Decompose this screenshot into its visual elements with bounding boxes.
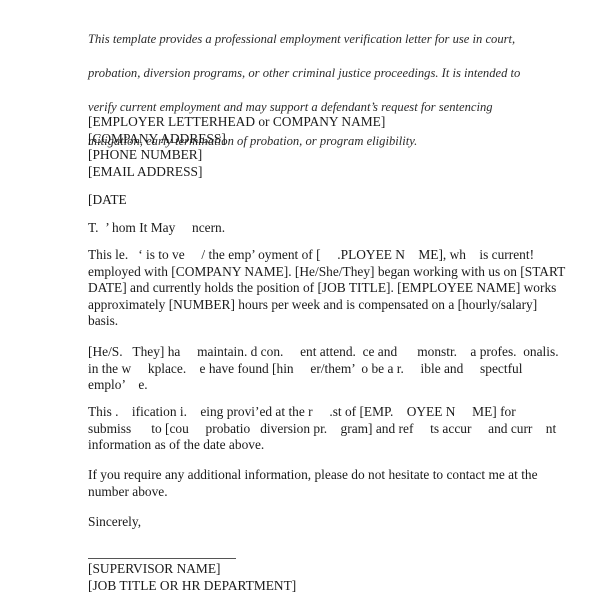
letterhead-block: [EMPLOYER LETTERHEAD or COMPANY NAME] [C… xyxy=(88,114,528,180)
paragraph-line: basis. xyxy=(88,313,528,330)
paragraph-line: DATE] and currently holds the position o… xyxy=(88,280,528,297)
phone-number: [PHONE NUMBER] xyxy=(88,147,528,164)
closing: Sincerely, xyxy=(88,514,528,531)
body-paragraph-contact: If you require any additional informatio… xyxy=(88,467,528,500)
paragraph-line: number above. xyxy=(88,484,528,501)
supervisor-title: [JOB TITLE OR HR DEPARTMENT] xyxy=(88,578,528,595)
intro-line: probation, diversion programs, or other … xyxy=(88,65,528,82)
letter-date: [DATE xyxy=(88,192,528,209)
paragraph-line: emplo’ e. xyxy=(88,377,528,394)
closing-text: Sincerely, xyxy=(88,514,528,531)
body-paragraph-employment-details: This le. ‘ is to ve / the emp’ oyment of… xyxy=(88,247,528,330)
document-page: This template provides a professional em… xyxy=(0,0,600,600)
salutation: T. ’ hom It May ncern. xyxy=(88,220,528,237)
date-text: [DATE xyxy=(88,192,528,209)
intro-line: This template provides a professional em… xyxy=(88,31,528,48)
signature-block: [SUPERVISOR NAME] [JOB TITLE OR HR DEPAR… xyxy=(88,561,528,594)
paragraph-line: If you require any additional informatio… xyxy=(88,467,528,484)
paragraph-line: submiss to [cou probatio diversion pr. g… xyxy=(88,421,528,438)
supervisor-name: [SUPERVISOR NAME] xyxy=(88,561,528,578)
salutation-text: T. ’ hom It May ncern. xyxy=(88,220,528,237)
paragraph-line: approximately [NUMBER] hours per week an… xyxy=(88,297,528,314)
paragraph-line: This le. ‘ is to ve / the emp’ oyment of… xyxy=(88,247,528,264)
paragraph-line: This . ification i. eing provi’ed at the… xyxy=(88,404,528,421)
signature-line xyxy=(88,558,236,559)
company-name: [EMPLOYER LETTERHEAD or COMPANY NAME] xyxy=(88,114,528,131)
company-address: [COMPANY ADDRESS] xyxy=(88,131,528,148)
body-paragraph-conduct: [He/S. They] ha maintain. d con. ent att… xyxy=(88,344,528,394)
paragraph-line: employed with [COMPANY NAME]. [He/She/Th… xyxy=(88,264,528,281)
body-paragraph-purpose: This . ification i. eing provi’ed at the… xyxy=(88,404,528,454)
paragraph-line: [He/S. They] ha maintain. d con. ent att… xyxy=(88,344,528,361)
email-address: [EMAIL ADDRESS] xyxy=(88,164,528,181)
paragraph-line: in the w kplace. e have found [hin er/th… xyxy=(88,361,528,378)
paragraph-line: information as of the date above. xyxy=(88,437,528,454)
